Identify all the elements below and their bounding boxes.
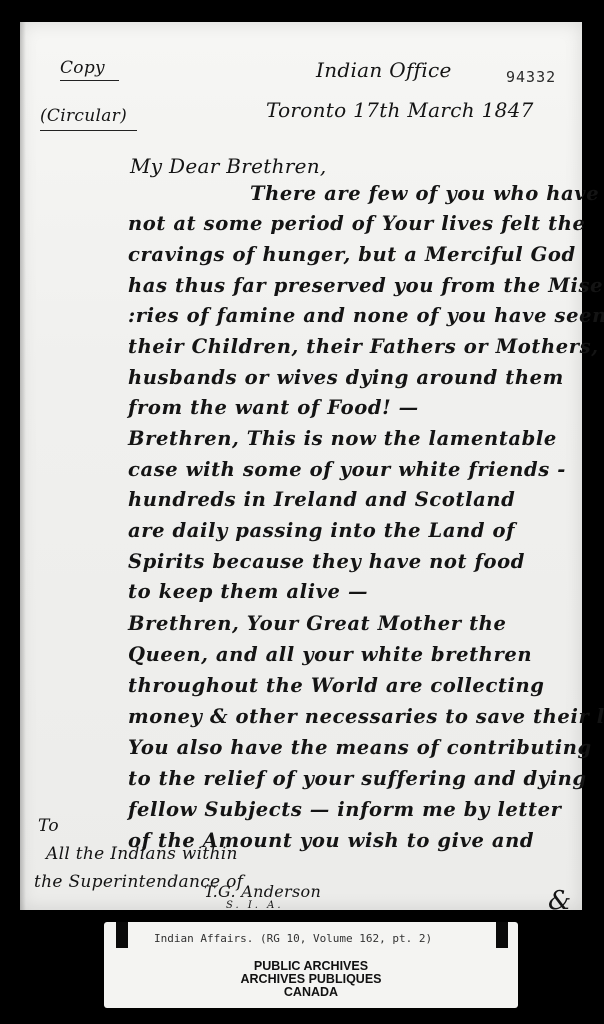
office-heading: Indian Office: [316, 58, 452, 82]
body-line: their Children, their Fathers or Mothers…: [128, 335, 604, 358]
salutation: My Dear Brethren,: [130, 154, 327, 178]
body-line: to keep them alive —: [128, 580, 368, 603]
reference-number-stamp: 94332: [506, 68, 556, 86]
body-line: throughout the World are collecting: [128, 674, 545, 697]
circular-annotation: (Circular): [40, 106, 137, 131]
body-line: There are few of you who have: [250, 182, 599, 205]
copy-annotation: Copy: [60, 58, 119, 81]
page-continuation-mark: &: [548, 886, 571, 916]
body-line: Brethren, This is now the lamentable: [128, 427, 557, 450]
body-line: case with some of your white friends -: [128, 458, 566, 481]
archive-institution: PUBLIC ARCHIVES ARCHIVES PUBLIQUES CANAD…: [104, 960, 518, 999]
letter-page: Copy (Circular) Indian Office Toronto 17…: [20, 22, 582, 910]
archive-line-3: CANADA: [104, 986, 518, 999]
body-line: Brethren, Your Great Mother the: [128, 612, 506, 635]
archive-label-card: Indian Affairs. (RG 10, Volume 162, pt. …: [104, 922, 518, 1008]
body-line: :ries of famine and none of you have see…: [128, 304, 604, 327]
address-line-1: All the Indians within: [46, 844, 238, 864]
address-to: To: [38, 816, 59, 836]
archive-series-reference: Indian Affairs. (RG 10, Volume 162, pt. …: [154, 932, 432, 945]
body-line: Queen, and all your white brethren: [128, 643, 532, 666]
signature-name: T.G. Anderson: [204, 882, 321, 901]
body-line: cravings of hunger, but a Merciful God: [128, 243, 576, 266]
signature-title: S. I. A.: [226, 900, 284, 911]
body-line: You also have the means of contributing: [128, 736, 592, 759]
body-line: money & other necessaries to save their …: [128, 705, 604, 728]
body-line: husbands or wives dying around them: [128, 366, 564, 389]
body-line: not at some period of Your lives felt th…: [128, 212, 586, 235]
body-line: hundreds in Ireland and Scotland: [128, 488, 515, 511]
label-tab-left: [116, 922, 128, 948]
body-line: from the want of Food! —: [128, 396, 419, 419]
body-line: fellow Subjects — inform me by letter: [128, 798, 561, 821]
body-line: has thus far preserved you from the Mise…: [128, 274, 604, 297]
place-date: Toronto 17th March 1847: [266, 98, 534, 122]
body-line: are daily passing into the Land of: [128, 519, 515, 542]
label-tab-right: [496, 922, 508, 948]
body-line: to the relief of your suffering and dyin…: [128, 767, 587, 790]
body-line: Spirits because they have not food: [128, 550, 525, 573]
